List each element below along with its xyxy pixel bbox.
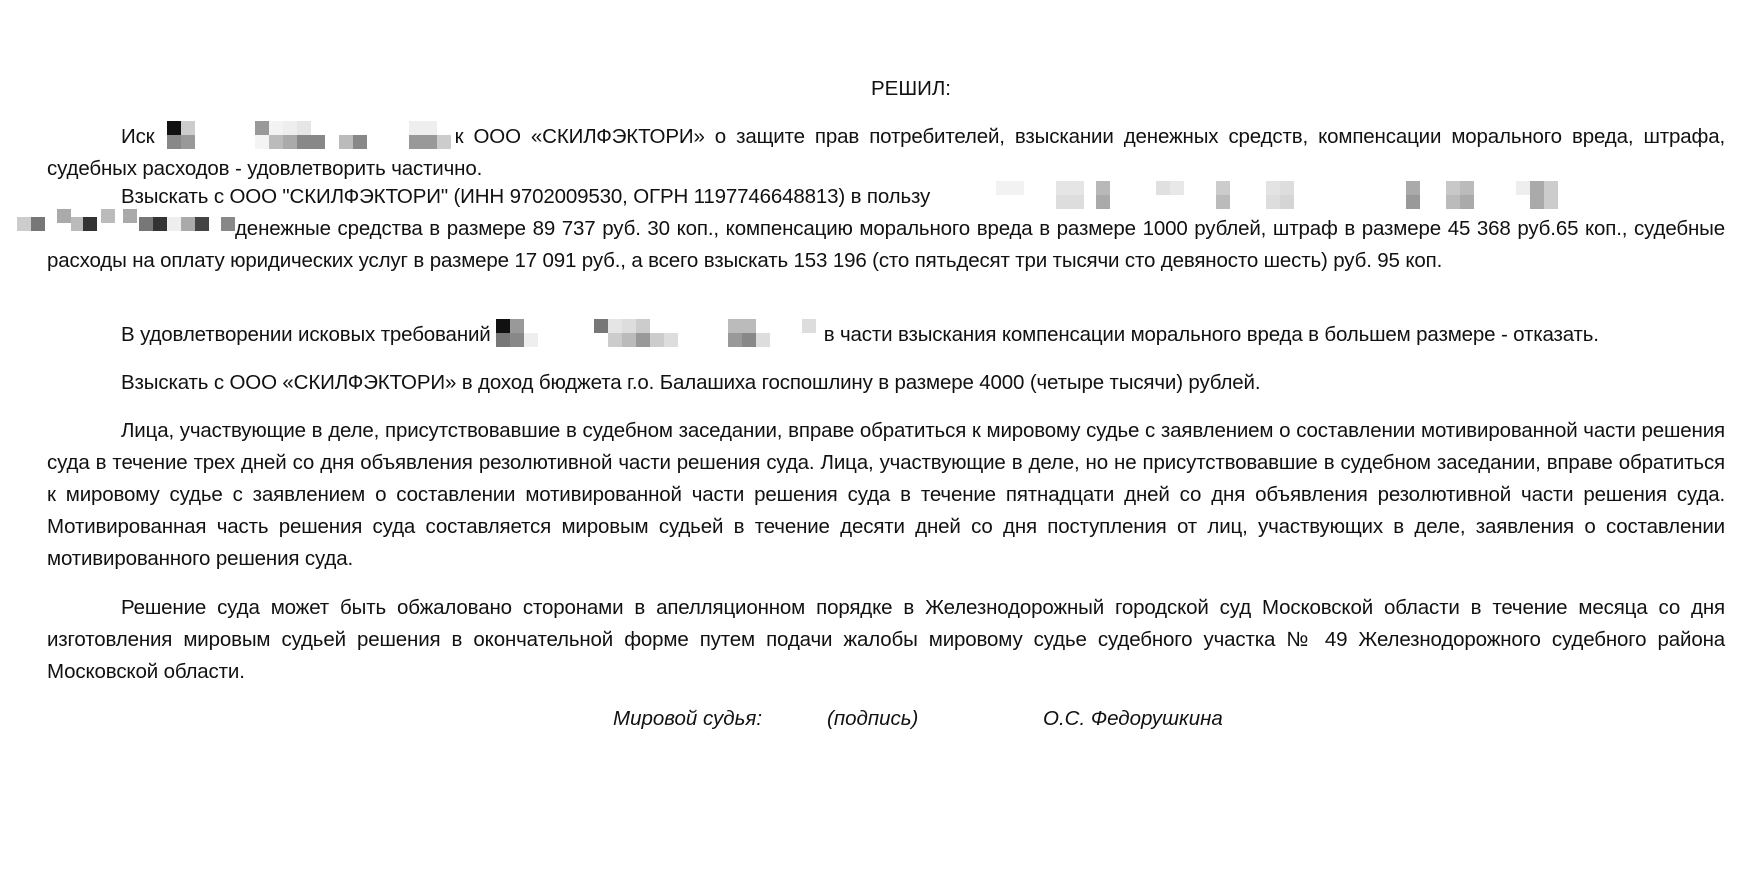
paragraph-text: денежные средства в размере 89 737 руб. …: [47, 217, 1725, 272]
paragraph-appeal: Решение суда может быть обжаловано сторо…: [47, 592, 1725, 688]
paragraph-text: В удовлетворении исковых требований: [121, 323, 491, 346]
redacted-plaintiff-name: [496, 319, 818, 347]
paragraph-refusal: В удовлетворении исковых требований в ча…: [47, 319, 1725, 351]
paragraph-text: в части взыскания компенсации морального…: [824, 323, 1599, 346]
signature-title: Мировой судья:: [613, 706, 762, 732]
paragraph-recovery-order: Взыскать с ООО "СКИЛФЭКТОРИ" (ИНН 970200…: [47, 181, 1725, 277]
paragraph-text: Взыскать с ООО "СКИЛФЭКТОРИ" (ИНН 970200…: [121, 185, 930, 208]
redacted-plaintiff-name: [936, 181, 1591, 209]
paragraph-state-fee: Взыскать с ООО «СКИЛФЭКТОРИ» в доход бюд…: [47, 367, 1725, 399]
decision-heading: РЕШИЛ:: [47, 76, 1725, 102]
judge-name: О.С. Федорушкина: [1043, 706, 1223, 732]
signature-placeholder: (подпись): [827, 706, 918, 732]
redacted-plaintiff-name: [165, 121, 455, 149]
redacted-plaintiff-name-continued: [0, 213, 235, 241]
paragraph-text: Иск: [121, 125, 155, 148]
paragraph-claim-result: Иск к ООО «СКИЛФЭКТОРИ» о защите прав по…: [47, 121, 1725, 185]
paragraph-motivated-decision: Лица, участвующие в деле, присутствовавш…: [47, 415, 1725, 575]
